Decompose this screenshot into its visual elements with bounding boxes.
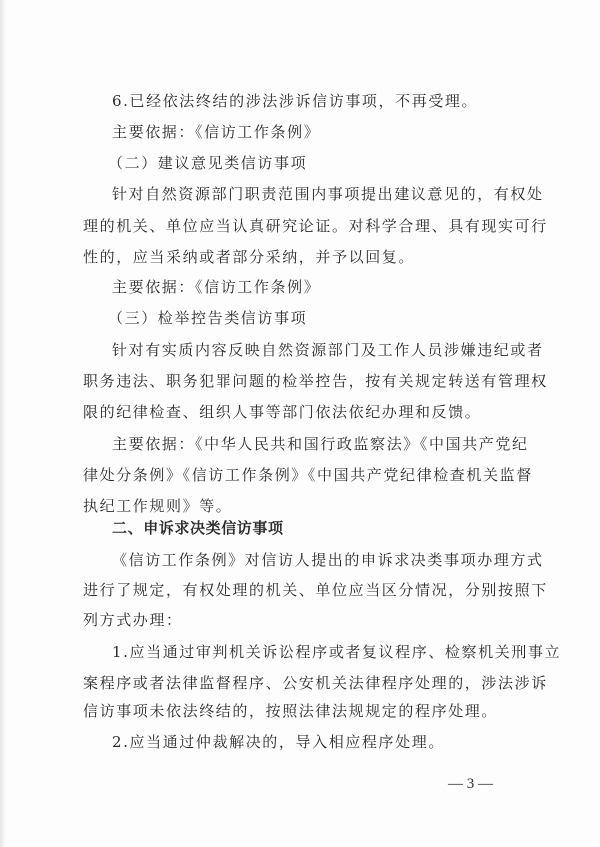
paragraph-line: 职务违法、职务犯罪问题的检举控告，按有关规定转送有管理权 [83, 371, 523, 391]
scan-edge-shadow [0, 0, 6, 847]
section-heading-2: 二、申诉求决类信访事项 [112, 518, 552, 538]
paragraph-line: 案程序或者法律监督程序、公安机关法律程序处理的，涉法涉诉 [83, 673, 523, 693]
basis-line: 执纪工作规则》等。 [83, 496, 523, 516]
paragraph-line: 信访事项未依法终结的，按照法律法规规定的程序处理。 [83, 701, 523, 721]
page-number: — 3 — [448, 774, 493, 794]
paragraph-line: 《信访工作条例》对信访人提出的申诉求决类事项办理方式 [112, 550, 523, 570]
basis-line: 主要依据：《信访工作条例》 [112, 122, 523, 142]
list-item-2: 2.应当通过仲裁解决的，导入相应程序处理。 [112, 732, 523, 752]
basis-line: 主要依据：《信访工作条例》 [112, 277, 523, 297]
basis-line: 律处分条例》《信访工作条例》《中国共产党纪律检查机关监督 [83, 465, 523, 485]
paragraph-line: 性的，应当采纳或者部分采纳，并予以回复。 [83, 247, 523, 267]
paragraph-line: 进行了规定，有权处理的机关、单位应当区分情况，分别按照下 [83, 580, 523, 600]
document-page: 6.已经依法终结的涉法涉诉信访事项，不再受理。 主要依据：《信访工作条例》 （二… [0, 0, 600, 847]
list-item-1: 1.应当通过审判机关诉讼程序或者复议程序、检察机关刑事立 [112, 642, 523, 662]
paragraph-line: 理的机关、单位应当认真研究论证。对科学合理、具有现实可行 [83, 216, 523, 236]
list-item-6: 6.已经依法终结的涉法涉诉信访事项，不再受理。 [112, 91, 523, 111]
paragraph-line: 针对自然资源部门职责范围内事项提出建议意见的，有权处 [112, 184, 523, 204]
paragraph-line: 针对有实质内容反映自然资源部门及工作人员涉嫌违纪或者 [112, 340, 523, 360]
subsection-heading-2: （二）建议意见类信访事项 [108, 153, 548, 173]
paragraph-line: 列方式办理： [83, 610, 523, 630]
paragraph-line: 限的纪律检查、组织人事等部门依法依纪办理和反馈。 [83, 402, 523, 422]
subsection-heading-3: （三）检举控告类信访事项 [108, 308, 548, 328]
basis-line: 主要依据：《中华人民共和国行政监察法》《中国共产党纪 [112, 434, 523, 454]
